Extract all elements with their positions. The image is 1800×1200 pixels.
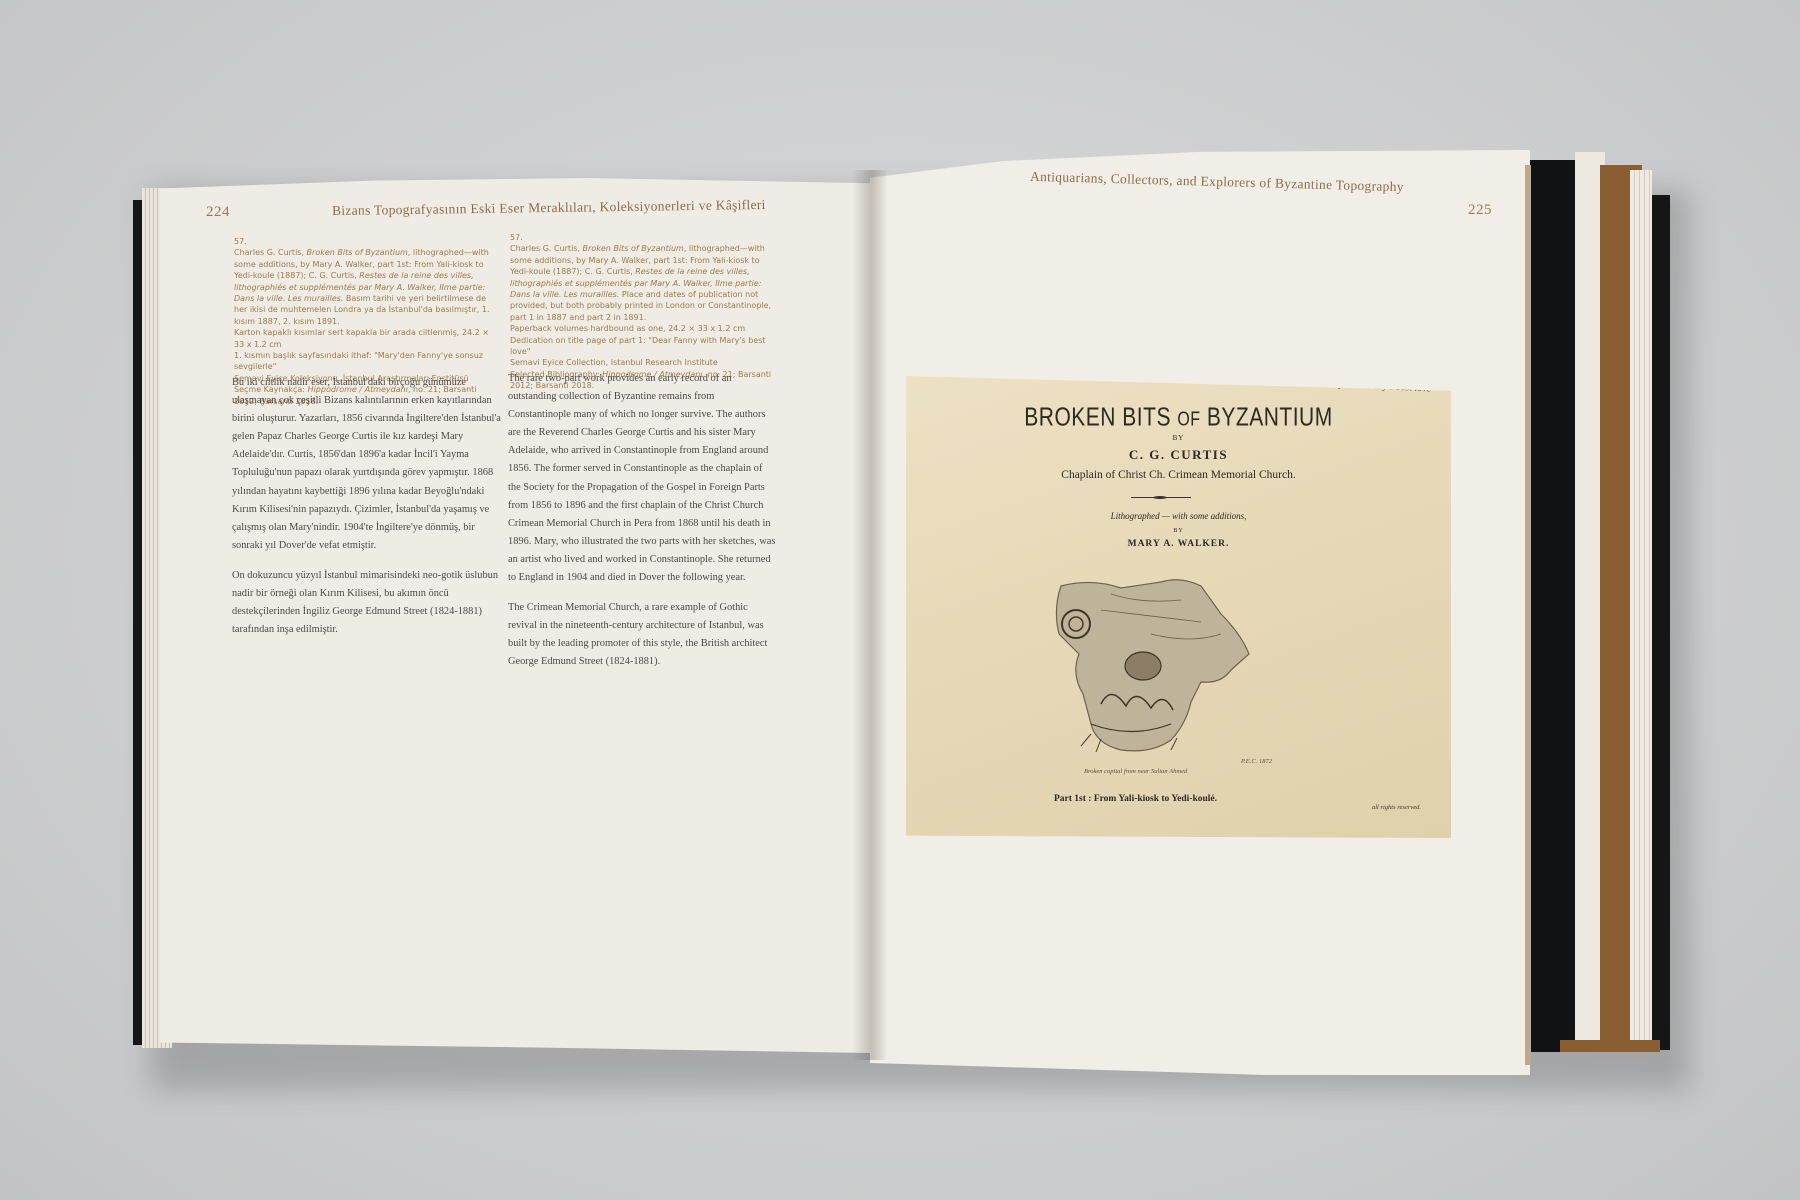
caption-dedication: 1. kısmın başlık sayfasındaki ithaf: "Ma… xyxy=(234,350,499,373)
paragraph: Bu iki ciltlik nadir eser, İstanbul'daki… xyxy=(232,374,502,555)
sketch-caption: Broken capital from near Sultan Ahmed xyxy=(1084,768,1187,775)
page-number-left: 224 xyxy=(206,204,230,221)
caption-binding: Paperback volumes hardbound as one, 24.2… xyxy=(510,323,775,334)
caption-text: Charles G. Curtis, xyxy=(510,244,583,253)
paragraph: The rare two-part work provides an early… xyxy=(508,370,776,587)
caption-dedication: Dedication on title page of part 1: "Dea… xyxy=(510,335,775,358)
caption-text: C. G. Curtis, xyxy=(585,267,636,276)
book-gutter xyxy=(852,170,888,1060)
paragraph: The Crimean Memorial Church, a rare exam… xyxy=(508,599,776,671)
sketch-date: P.E.C. 1872 xyxy=(1241,758,1272,765)
plate-by: BY xyxy=(906,528,1451,534)
running-head-left: Bizans Topografyasının Eski Eser Meraklı… xyxy=(332,197,766,219)
body-text-turkish: Bu iki ciltlik nadir eser, İstanbul'daki… xyxy=(232,374,502,651)
title-page-plate: Dear Fanny with Mary's best love BROKEN … xyxy=(906,376,1451,838)
caption-english: 57. Charles G. Curtis, Broken Bits of By… xyxy=(510,232,775,392)
plate-title: BROKEN BITS OF BYZANTIUM xyxy=(906,403,1451,433)
left-page: 224 Bizans Topografyasının Eski Eser Mer… xyxy=(160,178,872,1053)
page-number-right: 225 xyxy=(1468,202,1492,219)
plate-part-title: Part 1st : From Yali-kiosk to Yedi-koulé… xyxy=(1054,794,1217,804)
title-part: BYZANTIUM xyxy=(1207,403,1333,432)
broken-capital-sketch-icon xyxy=(1051,574,1256,764)
plate-rights: all rights reserved. xyxy=(1372,804,1421,811)
ornamental-rule xyxy=(1131,497,1191,498)
title-part: OF xyxy=(1177,409,1200,430)
caption-number: 57. xyxy=(234,236,499,247)
page-stack-cream-edges xyxy=(1630,170,1652,1050)
caption-number: 57. xyxy=(510,232,775,243)
caption-text: Charles G. Curtis, xyxy=(234,248,307,257)
caption-binding: Karton kapaklı kısımlar sert kapakla bir… xyxy=(234,327,499,350)
caption-title-italic: Broken Bits of Byzantium xyxy=(307,248,408,257)
book-cover-right xyxy=(1650,195,1670,1050)
caption-text: C. G. Curtis, xyxy=(309,271,360,280)
caption-collection: Semavi Eyice Collection, Istanbul Resear… xyxy=(510,357,775,368)
plate-lithographed: Lithographed — with some additions, xyxy=(906,511,1451,521)
plate-author: C. G. CURTIS xyxy=(906,447,1451,463)
plate-by: BY xyxy=(906,434,1451,442)
page-stack-bottom xyxy=(1560,1040,1660,1052)
body-text-english: The rare two-part work provides an early… xyxy=(508,370,776,684)
paragraph: On dokuzuncu yüzyıl İstanbul mimarisinde… xyxy=(232,567,502,639)
page-edge-trim xyxy=(1525,165,1531,1065)
plate-author-role: Chaplain of Christ Ch. Crimean Memorial … xyxy=(906,469,1451,481)
running-head-right: Antiquarians, Collectors, and Explorers … xyxy=(1030,169,1404,195)
title-part: BROKEN BITS xyxy=(1024,403,1171,432)
plate-illustrator: MARY A. WALKER. xyxy=(906,539,1451,549)
caption-title-italic: Broken Bits of Byzantium xyxy=(583,244,684,253)
